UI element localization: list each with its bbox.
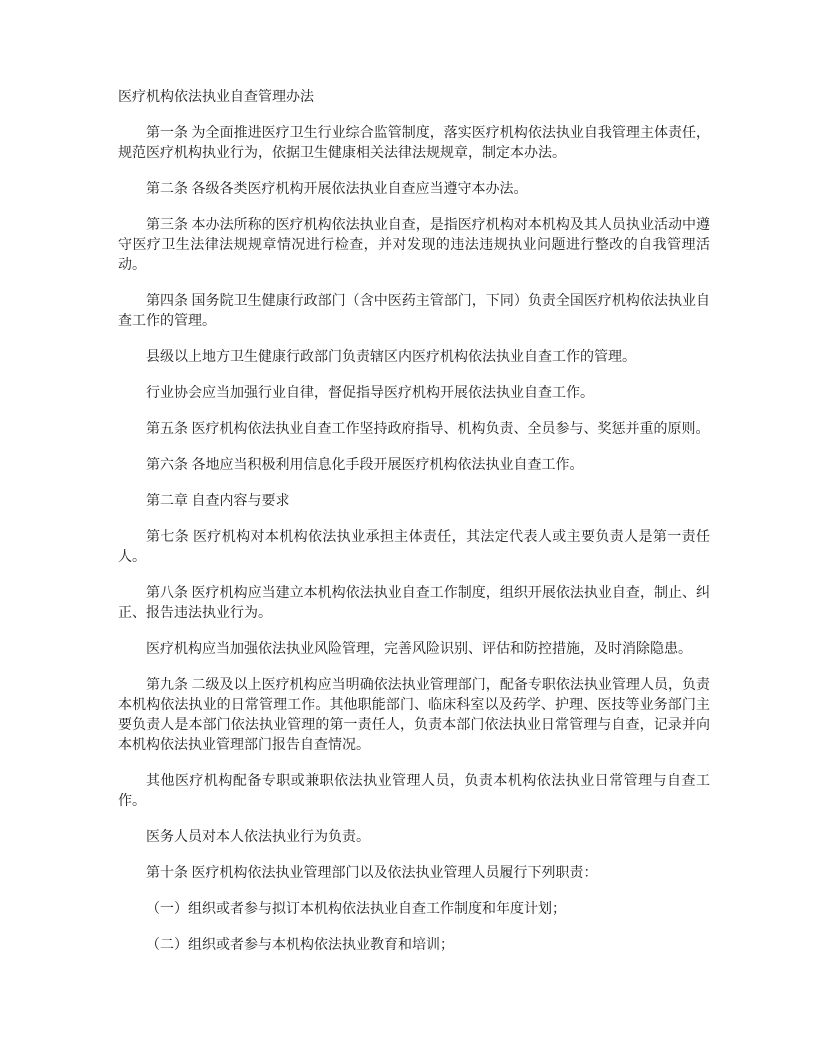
para-article-10-item-1: （一）组织或者参与拟订本机构依法执业自查工作制度和年度计划； bbox=[118, 900, 710, 920]
para-article-9: 第九条 二级及以上医疗机构应当明确依法执业管理部门，配备专职依法执业管理人员，负… bbox=[118, 676, 710, 756]
chapter-2-heading: 第二章 自查内容与要求 bbox=[118, 492, 710, 512]
para-article-4-cont-1: 县级以上地方卫生健康行政部门负责辖区内医疗机构依法执业自查工作的管理。 bbox=[118, 348, 710, 368]
document-page: 医疗机构依法执业自查管理办法 第一条 为全面推进医疗卫生行业综合监管制度，落实医… bbox=[0, 0, 816, 1056]
para-article-3: 第三条 本办法所称的医疗机构依法执业自查，是指医疗机构对本机构及其人员执业活动中… bbox=[118, 216, 710, 276]
para-article-7: 第七条 医疗机构对本机构依法执业承担主体责任，其法定代表人或主要负责人是第一责任… bbox=[118, 528, 710, 568]
para-article-8-cont: 医疗机构应当加强依法执业风险管理，完善风险识别、评估和防控措施，及时消除隐患。 bbox=[118, 640, 710, 660]
para-article-8: 第八条 医疗机构应当建立本机构依法执业自查工作制度，组织开展依法执业自查，制止、… bbox=[118, 584, 710, 624]
doc-title: 医疗机构依法执业自查管理办法 bbox=[118, 88, 710, 108]
para-article-4: 第四条 国务院卫生健康行政部门（含中医药主管部门，下同）负责全国医疗机构依法执业… bbox=[118, 292, 710, 332]
para-article-6: 第六条 各地应当积极利用信息化手段开展医疗机构依法执业自查工作。 bbox=[118, 456, 710, 476]
para-article-2: 第二条 各级各类医疗机构开展依法执业自查应当遵守本办法。 bbox=[118, 180, 710, 200]
para-article-10-item-2: （二）组织或者参与本机构依法执业教育和培训； bbox=[118, 936, 710, 956]
para-article-10: 第十条 医疗机构依法执业管理部门以及依法执业管理人员履行下列职责： bbox=[118, 864, 710, 884]
para-article-9-cont-1: 其他医疗机构配备专职或兼职依法执业管理人员，负责本机构依法执业日常管理与自查工作… bbox=[118, 772, 710, 812]
para-article-1: 第一条 为全面推进医疗卫生行业综合监管制度，落实医疗机构依法执业自我管理主体责任… bbox=[118, 124, 710, 164]
para-article-4-cont-2: 行业协会应当加强行业自律，督促指导医疗机构开展依法执业自查工作。 bbox=[118, 384, 710, 404]
para-article-9-cont-2: 医务人员对本人依法执业行为负责。 bbox=[118, 828, 710, 848]
para-article-5: 第五条 医疗机构依法执业自查工作坚持政府指导、机构负责、全员参与、奖惩并重的原则… bbox=[118, 420, 710, 440]
